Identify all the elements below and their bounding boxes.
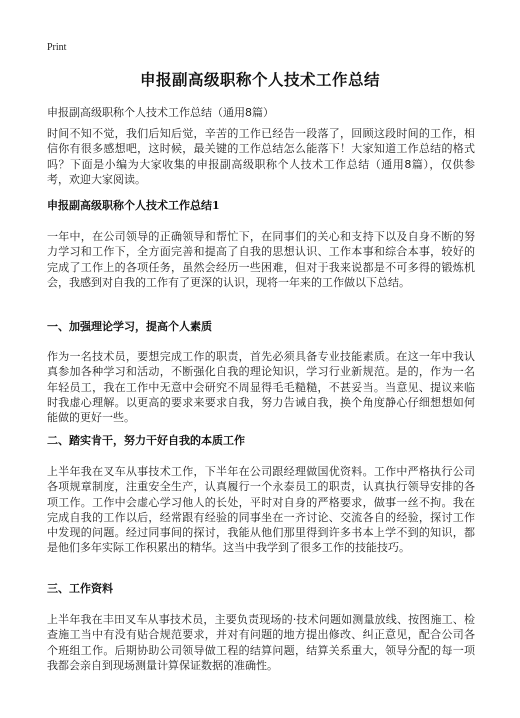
print-label[interactable]: Print: [47, 42, 66, 53]
section-body-3: 上半年我在叉车从事技术工作，下半年在公司跟经理做国优资料。工作中严格执行公司各项…: [47, 464, 475, 556]
document-subtitle: 申报副高级职称个人技术工作总结（通用8篇）: [47, 104, 274, 120]
section-body-2: 作为一名技术员，要想完成工作的职责，首先必须具备专业技能素质。在这一年中我认真参…: [47, 349, 475, 425]
intro-paragraph: 时间不知不觉，我们后知后觉，辛苦的工作已经告一段落了，回顾这段时间的工作，相信你…: [47, 126, 475, 187]
section-heading-2: 一、加强理论学习，提高个人素质: [47, 318, 212, 334]
section-body-4: 上半年我在丰田叉车从事技术员，主要负责现场的·技术问题如测量放线、按图施工、检查…: [47, 612, 475, 673]
section-body-1: 一年中，在公司领导的正确领导和帮忙下，在同事们的关心和支持下以及自身不断的努力学…: [47, 229, 475, 290]
document-title: 申报副高级职称个人技术工作总结: [0, 68, 520, 90]
section-heading-3: 二、踏实肯干，努力干好自我的本质工作: [47, 432, 245, 448]
section-heading-4: 三、工作资料: [47, 580, 113, 596]
section-heading-1: 申报副高级职称个人技术工作总结1: [47, 197, 220, 213]
